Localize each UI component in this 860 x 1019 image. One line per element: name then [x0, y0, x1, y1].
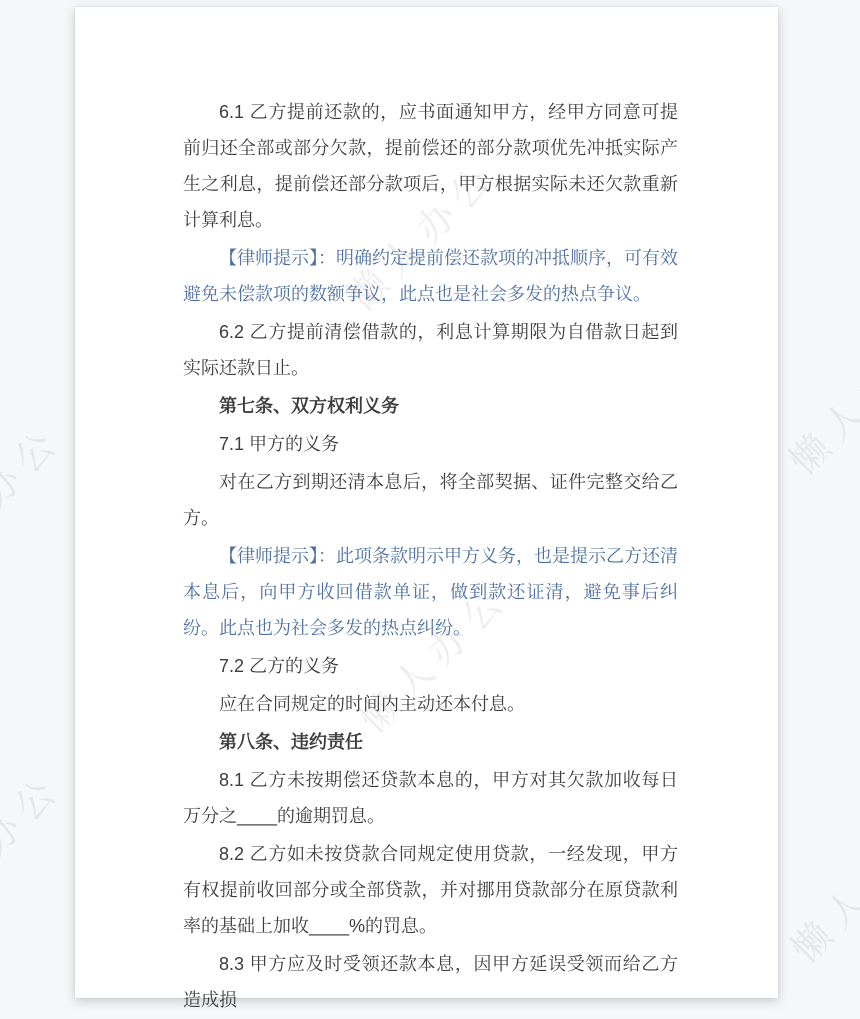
lawyer-tip-1: 【律师提示】：明确约定提前偿还款项的冲抵顺序，可有效避免未偿款项的数额争议，此点… — [183, 240, 678, 312]
clause-8-2: 8.2 乙方如未按贷款合同规定使用贷款，一经发现，甲方有权提前收回部分或全部贷款… — [183, 836, 678, 944]
watermark-text: 懒人办公 — [775, 310, 860, 485]
heading-article-7: 第七条、双方权利义务 — [183, 388, 678, 424]
document-body: 6.1 乙方提前还款的，应书面通知甲方，经甲方同意可提前归还全部或部分欠款，提前… — [183, 94, 678, 1019]
watermark-text: 懒人办公 — [777, 798, 860, 973]
heading-article-8: 第八条、违约责任 — [183, 724, 678, 760]
clause-6-1: 6.1 乙方提前还款的，应书面通知甲方，经甲方同意可提前归还全部或部分欠款，提前… — [183, 94, 678, 238]
lawyer-tip-2: 【律师提示】：此项条款明示甲方义务，也是提示乙方还清本息后，向甲方收回借款单证，… — [183, 538, 678, 646]
clause-7-2-body: 应在合同规定的时间内主动还本付息。 — [183, 686, 678, 722]
clause-6-2: 6.2 乙方提前清偿借款的，利息计算期限为自借款日起到实际还款日止。 — [183, 314, 678, 386]
clause-8-3: 8.3 甲方应及时受领还款本息，因甲方延误受领而给乙方造成损 — [183, 946, 678, 1018]
watermark-text: 懒人办公 — [0, 410, 72, 585]
watermark-text: 懒人办公 — [0, 758, 72, 933]
clause-7-2: 7.2 乙方的义务 — [183, 648, 678, 684]
clause-7-1-body: 对在乙方到期还清本息后，将全部契据、证件完整交给乙方。 — [183, 464, 678, 536]
clause-8-1: 8.1 乙方未按期偿还贷款本息的，甲方对其欠款加收每日万分之____的逾期罚息。 — [183, 762, 678, 834]
clause-7-1: 7.1 甲方的义务 — [183, 426, 678, 462]
document-preview: 懒人办公 懒人办公 懒人办公 懒人办公 懒人办公 懒人办公 6.1 乙方提前还款… — [0, 0, 860, 1019]
